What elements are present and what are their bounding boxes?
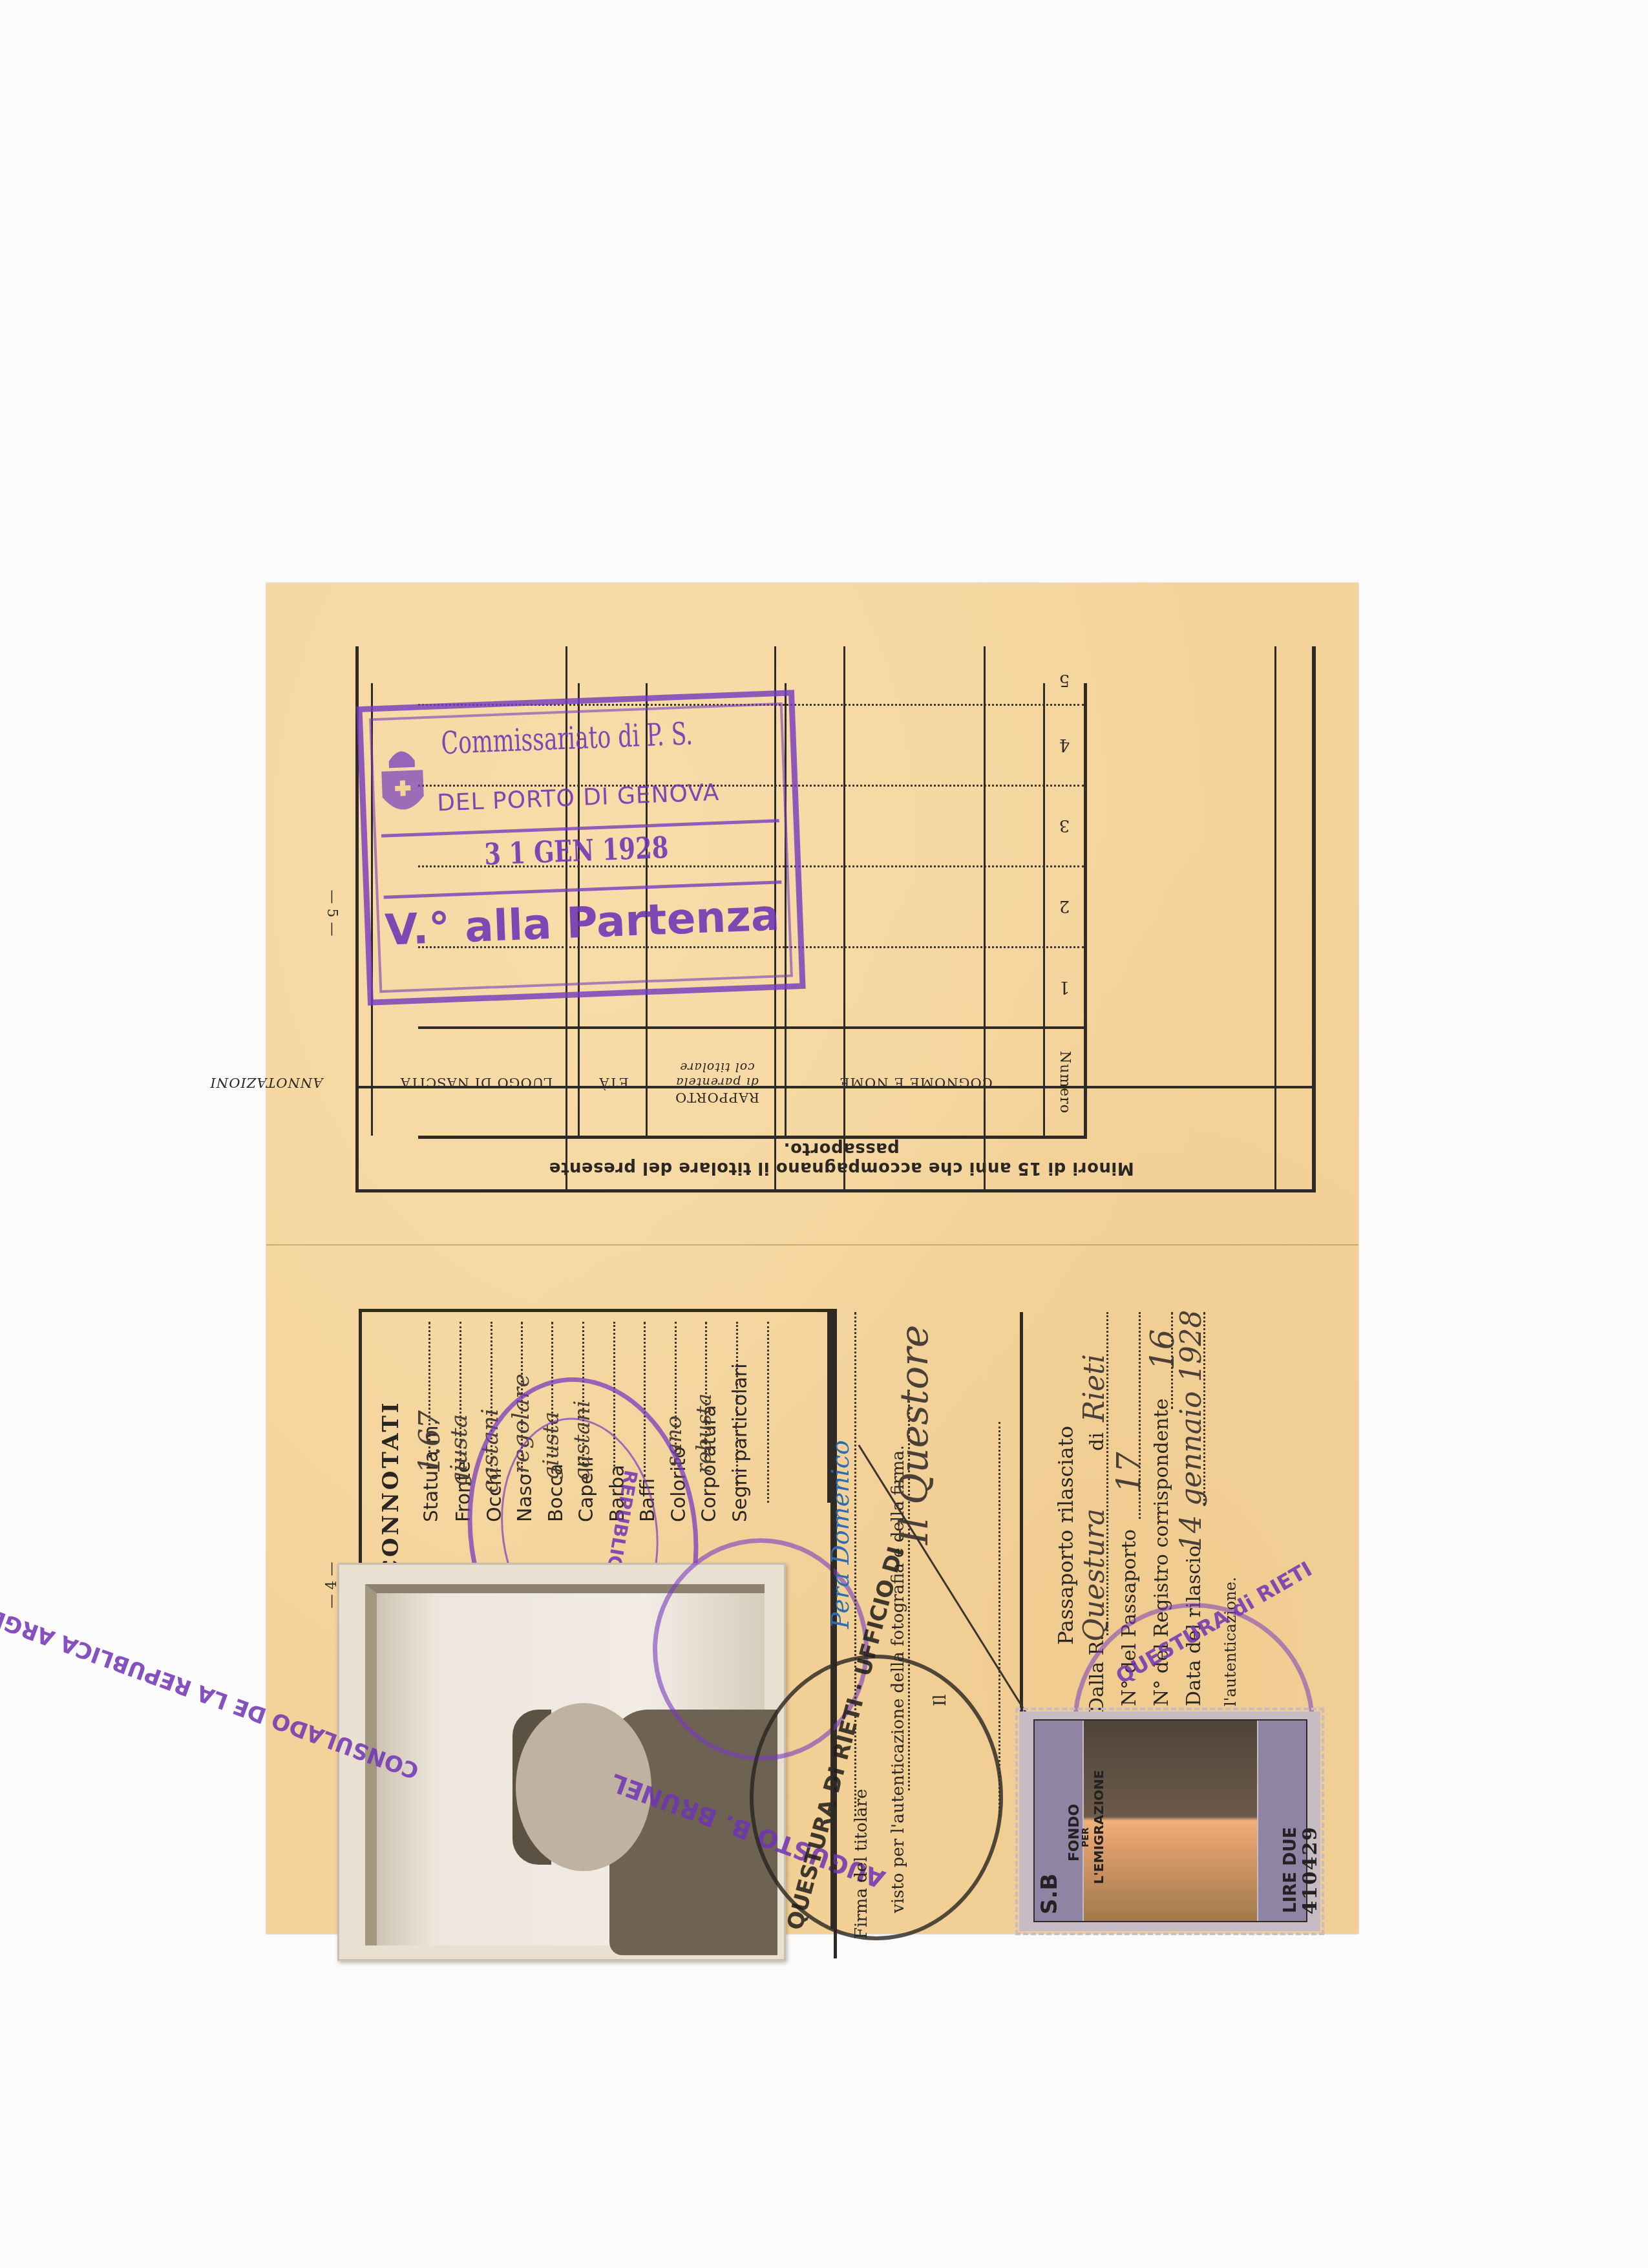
stamp-date: 3 1 GEN 1928 (483, 830, 669, 872)
revenue-stamp-value: LIRE DUE (1281, 1827, 1300, 1913)
page-number-5: — 5 — (324, 890, 340, 937)
row-number: 5 (1045, 670, 1084, 690)
holder-signature: Pera Domenico (826, 1440, 854, 1629)
dotted-line (1106, 1312, 1108, 1635)
value-passport-number: 17 (1110, 1452, 1148, 1493)
minors-caption: Minori di 15 anni che accompagnano il ti… (518, 1139, 1165, 1178)
row-number: 2 (1045, 896, 1084, 916)
value-corporatura: robusta (692, 1394, 716, 1474)
dotted-line (998, 1422, 1000, 1816)
table-right-rule (1312, 646, 1316, 1192)
issuance-left-rule (1020, 1312, 1023, 1713)
holder-signature-label: Firma del titolare (852, 1789, 871, 1939)
revenue-stamp-illustration (1084, 1721, 1257, 1921)
row-number: 3 (1045, 816, 1084, 835)
header-rapporto: RAPPORTO di parentela col titolare (648, 1029, 787, 1136)
rapporto-line-1: RAPPORTO (675, 1089, 759, 1105)
issuance-title: Passaporto rilasciato (1053, 1426, 1078, 1645)
rapporto-rule (984, 646, 986, 1192)
dotted-line (767, 1322, 769, 1503)
row-number: 1 (1045, 977, 1084, 997)
numero-rule (1274, 646, 1276, 1192)
emigration-fund-revenue-stamp (1019, 1712, 1320, 1931)
dotted-line (736, 1322, 738, 1490)
table-bottom-rule (355, 1189, 1315, 1192)
revenue-stamp-serial: 410429 (1299, 1826, 1322, 1914)
connotati-title: CONNOTATI (378, 1400, 404, 1577)
genova-departure-stamp: Commissariato di P. S. DEL PORTO DI GENO… (356, 690, 805, 1006)
label-segni-particolari: Segni particolari (729, 1363, 752, 1522)
value-statura: 1.67 (414, 1410, 447, 1474)
eta-rule (843, 646, 845, 1192)
dotted-line (1203, 1312, 1205, 1506)
header-numero: Numero (1045, 1029, 1084, 1136)
header-cognome-nome: COGNOME E NOME (787, 1029, 1045, 1136)
label-di: di (1086, 1432, 1108, 1451)
page-fold (266, 1244, 1358, 1245)
row-number: 4 (1045, 735, 1084, 754)
rapporto-line-3: col titolare (679, 1059, 755, 1074)
revenue-stamp-per: PER (1081, 1827, 1091, 1847)
dotted-line (1139, 1312, 1141, 1519)
header-rule (359, 1086, 1312, 1088)
questura-black-stamp (750, 1655, 1003, 1940)
header-luogo: LUOGO DI NASCITA (373, 1029, 580, 1136)
revenue-stamp-sb: S.B (1037, 1874, 1062, 1914)
value-fronte: giusta (446, 1414, 472, 1487)
dotted-line (1171, 1312, 1173, 1409)
header-annotazioni: ANNOTAZIONI (160, 1029, 373, 1136)
dotted-line (854, 1312, 856, 1816)
header-eta: ETÀ (580, 1029, 648, 1136)
revenue-stamp-emigrazione: L'EMIGRAZIONE (1091, 1770, 1106, 1884)
official-prefix: Il (931, 1694, 950, 1706)
royal-crest-icon (375, 741, 430, 820)
